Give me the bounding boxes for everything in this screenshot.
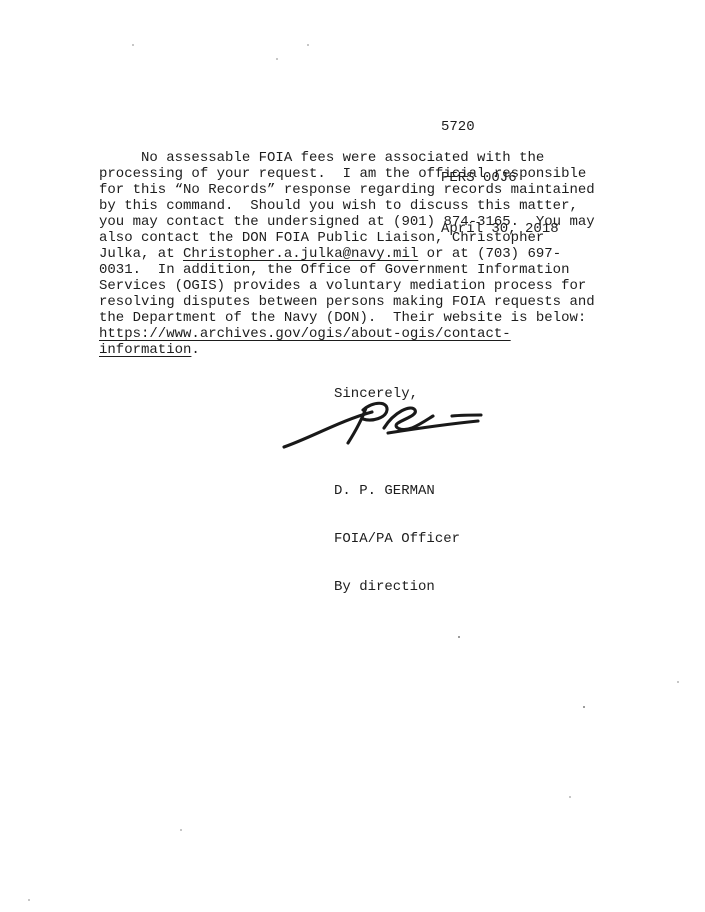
body-text: resolving disputes between persons makin… [99, 294, 595, 310]
scan-speck [583, 706, 585, 708]
body-text: or at (703) 697- [418, 246, 561, 262]
file-code: 5720 [441, 119, 559, 136]
scan-speck [307, 44, 309, 46]
body-line: the Department of the Navy (DON). Their … [99, 310, 595, 326]
body-line: by this command. Should you wish to disc… [99, 198, 595, 214]
body-text: also contact the DON FOIA Public Liaison… [99, 230, 544, 246]
body-text: No assessable FOIA fees were associated … [99, 150, 544, 166]
body-text: processing of your request. I am the off… [99, 166, 586, 182]
body-line: also contact the DON FOIA Public Liaison… [99, 230, 595, 246]
signature-scrawl-icon [280, 399, 485, 451]
underlined-link-text: Christopher.a.julka@navy.mil [183, 246, 418, 262]
body-line: 0031. In addition, the Office of Governm… [99, 262, 595, 278]
underlined-link-text: information [99, 342, 191, 358]
scan-speck [28, 899, 30, 901]
body-text: Services (OGIS) provides a voluntary med… [99, 278, 586, 294]
body-line: for this “No Records” response regarding… [99, 182, 595, 198]
scan-speck [677, 681, 679, 683]
scan-speck [276, 58, 278, 60]
body-text: for this “No Records” response regarding… [99, 182, 595, 198]
body-line: Julka, at Christopher.a.julka@navy.mil o… [99, 246, 595, 262]
scan-speck [180, 829, 182, 831]
body-text: Julka, at [99, 246, 183, 262]
body-text: the Department of the Navy (DON). Their … [99, 310, 586, 326]
underlined-link-text: https://www.archives.gov/ogis/about-ogis… [99, 326, 511, 342]
signer-name: D. P. GERMAN [334, 483, 460, 499]
body-text: 0031. In addition, the Office of Governm… [99, 262, 569, 278]
body-line: you may contact the undersigned at (901)… [99, 214, 595, 230]
signer-title: FOIA/PA Officer [334, 531, 460, 547]
letter-body: No assessable FOIA fees were associated … [99, 150, 595, 358]
scanned-letter-page: 5720 PERS 00J6 April 30, 2018 No assessa… [0, 0, 705, 912]
body-line: processing of your request. I am the off… [99, 166, 595, 182]
body-line: No assessable FOIA fees were associated … [99, 150, 595, 166]
body-line: information. [99, 342, 595, 358]
scan-speck [569, 796, 571, 798]
body-text: you may contact the undersigned at (901)… [99, 214, 595, 230]
signer-block: D. P. GERMAN FOIA/PA Officer By directio… [334, 451, 460, 627]
body-line: resolving disputes between persons makin… [99, 294, 595, 310]
scan-speck [132, 44, 134, 46]
body-line: https://www.archives.gov/ogis/about-ogis… [99, 326, 595, 342]
signer-authority: By direction [334, 579, 460, 595]
body-text: by this command. Should you wish to disc… [99, 198, 578, 214]
body-text: . [191, 342, 199, 358]
scan-speck [458, 636, 460, 638]
body-line: Services (OGIS) provides a voluntary med… [99, 278, 595, 294]
